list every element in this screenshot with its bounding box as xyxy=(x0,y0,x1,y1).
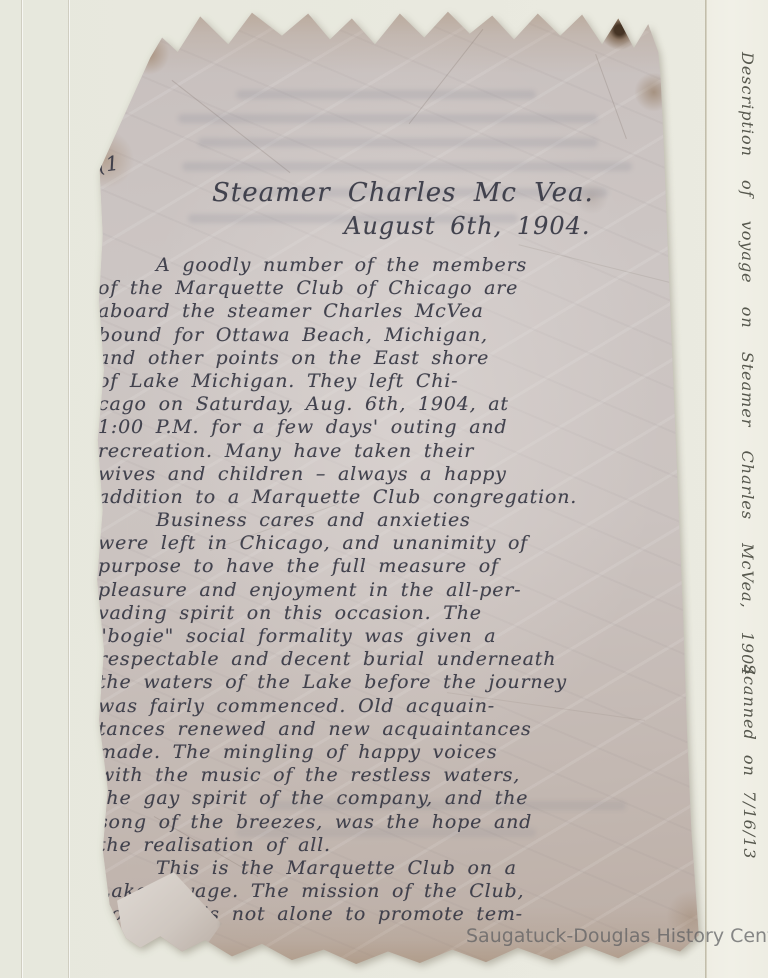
letter-line: respectable and decent burial underneath xyxy=(98,648,698,671)
letter-line: aboard the steamer Charles McVea xyxy=(98,300,698,323)
letter-line: the waters of the Lake before the journe… xyxy=(98,671,698,694)
letter-line: vading spirit on this occasion. The xyxy=(98,602,698,625)
letter-line: cago on Saturday, Aug. 6th, 1904, at xyxy=(98,393,698,416)
document-page: (1 Steamer Charles Mc Vea. August 6th, 1… xyxy=(86,6,710,964)
letter-line: purpose to have the full measure of xyxy=(98,555,698,578)
letter-line: 1:00 P.M. for a few days' outing and xyxy=(98,416,698,439)
letter-line: song of the breezes, was the hope and xyxy=(98,811,698,834)
ink-bleedthrough xyxy=(236,90,536,99)
letter-line: made. The mingling of happy voices xyxy=(98,741,698,764)
letter-line: A goodly number of the members xyxy=(98,254,698,277)
letter-line: pleasure and enjoyment in the all-per- xyxy=(98,579,698,602)
mat-crease-inner xyxy=(68,0,69,978)
letter-line: "bogie" social formality was given a xyxy=(98,625,698,648)
page-number-mark: (1 xyxy=(96,151,120,178)
letter-line: the gay spirit of the company, and the xyxy=(98,787,698,810)
ink-bleedthrough xyxy=(178,114,598,123)
archive-watermark: Saugatuck-Douglas History Center xyxy=(466,925,768,947)
ink-bleedthrough xyxy=(198,138,598,147)
letter-line: was fairly commenced. Old acquain- xyxy=(98,695,698,718)
letter-heading-vessel: Steamer Charles Mc Vea. xyxy=(212,178,594,208)
letter-line: with the music of the restless waters, xyxy=(98,764,698,787)
paper-crease xyxy=(409,29,484,124)
mat-crease-left xyxy=(21,0,22,978)
archival-photograph: (1 Steamer Charles Mc Vea. August 6th, 1… xyxy=(0,0,768,978)
letter-line: wives and children – always a happy xyxy=(98,463,698,486)
letter-line: addition to a Marquette Club congregatio… xyxy=(98,486,698,509)
letter-body: A goodly number of the membersof the Mar… xyxy=(98,254,698,926)
letter-line: the realisation of all. xyxy=(98,834,698,857)
letter-line: were left in Chicago, and unanimity of xyxy=(98,532,698,555)
letter-line: bound for Ottawa Beach, Michigan, xyxy=(98,324,698,347)
paper-crease xyxy=(595,54,627,139)
letter-line: Business cares and anxieties xyxy=(98,509,698,532)
ink-bleedthrough xyxy=(182,162,632,171)
letter-line: tances renewed and new acquaintances xyxy=(98,718,698,741)
letter-line: of Lake Michigan. They left Chi- xyxy=(98,370,698,393)
letter-line: and other points on the East shore xyxy=(98,347,698,370)
document-page-wrap: (1 Steamer Charles Mc Vea. August 6th, 1… xyxy=(86,6,710,964)
margin-annotation-scanned: Scanned on 7/16/13 xyxy=(740,664,759,834)
letter-heading-date: August 6th, 1904. xyxy=(344,212,591,240)
letter-line: of the Marquette Club of Chicago are xyxy=(98,277,698,300)
letter-line: This is the Marquette Club on a xyxy=(98,857,698,880)
margin-annotation-description: Description of voyage on Steamer Charles… xyxy=(738,52,757,662)
letter-line: recreation. Many have taken their xyxy=(98,440,698,463)
